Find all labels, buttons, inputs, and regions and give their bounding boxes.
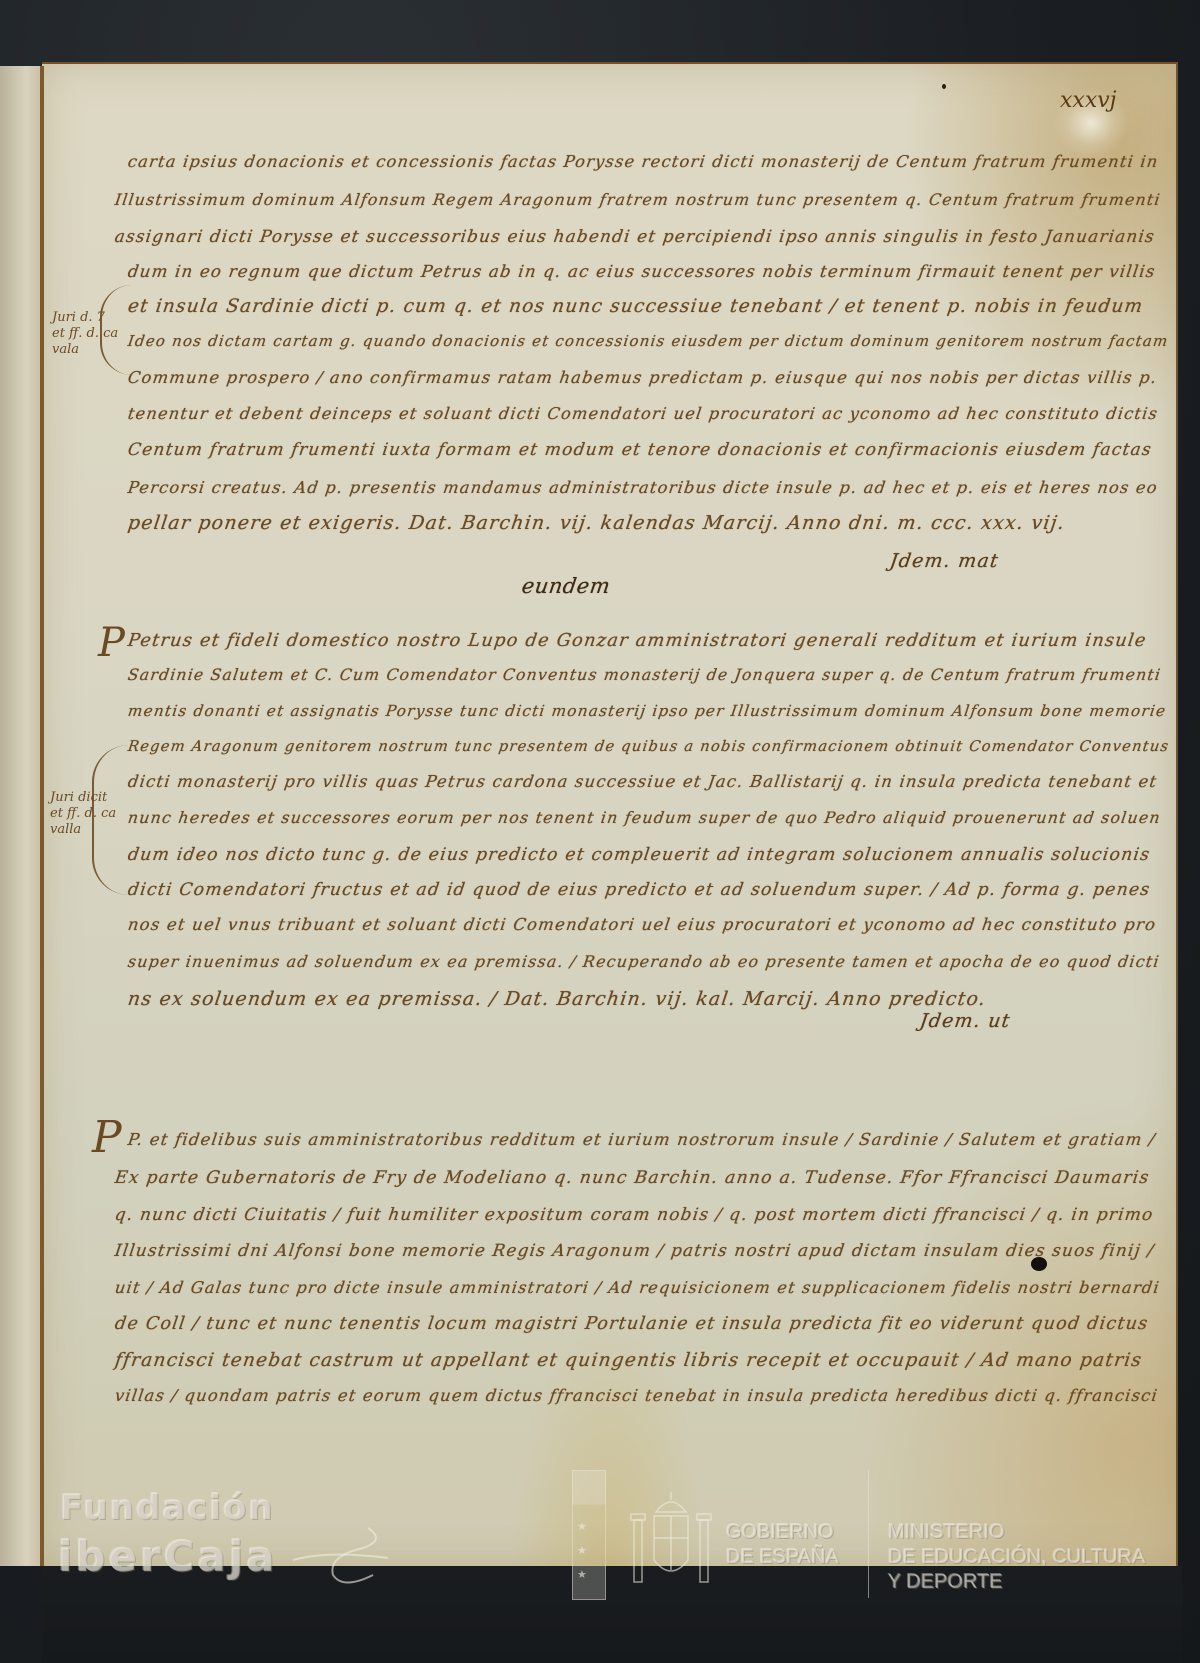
watermark-gobierno: GOBIERNO DE ESPAÑA	[726, 1520, 839, 1570]
star-icon: ★	[577, 1520, 587, 1533]
text-line: Petrus et fideli domestico nostro Lupo d…	[127, 630, 1149, 651]
folio-number: xxxvj	[1060, 88, 1116, 113]
text-line: Illustrissimum dominum Alfonsum Regem Ar…	[114, 190, 1162, 209]
star-icon: ★	[577, 1544, 587, 1557]
ink-dot	[942, 84, 946, 89]
text-line: q. nunc dicti Ciuitatis / fuit humiliter…	[114, 1204, 1155, 1224]
text-line: uit / Ad Galas tunc pro dicte insule amm…	[114, 1278, 1162, 1297]
text-line: nos et uel vnus tribuant et soluant dict…	[127, 915, 1158, 934]
text-line: villas / quondam patris et eorum quem di…	[114, 1386, 1160, 1405]
text-line: Percorsi creatus. Ad p. presentis mandam…	[127, 478, 1160, 497]
text-line: dicti Comendatori fructus et ad id quod …	[127, 880, 1152, 900]
watermark-fundacion-text: Fundación	[60, 1488, 275, 1528]
text-line: et insula Sardinie dicti p. cum q. et no…	[127, 296, 1145, 317]
coat-of-arms-icon	[626, 1490, 716, 1590]
text-line: Ideo nos dictam cartam g. quando donacio…	[127, 332, 1170, 350]
text-line: carta ipsius donacionis et concessionis …	[127, 152, 1160, 171]
ibercaja-logo-icon	[288, 1520, 398, 1590]
text-line: P. et fidelibus suis amministratoribus r…	[127, 1130, 1157, 1149]
decorated-initial: P	[98, 620, 125, 666]
text-line: dum in eo regnum que dictum Petrus ab in…	[127, 262, 1157, 281]
binding-gutter	[40, 66, 44, 1566]
text-line: pellar ponere et exigeris. Dat. Barchin.…	[126, 512, 1066, 534]
star-icon: ★	[577, 1568, 587, 1581]
scribe-signature: Jdem. mat	[888, 550, 1000, 572]
text-line: Sardinie Salutem et C. Cum Comendator Co…	[127, 665, 1163, 684]
text-line: nunc heredes et successores eorum per no…	[127, 808, 1163, 827]
text-line: Ex parte Gubernatoris de Fry de Modelian…	[114, 1168, 1151, 1188]
section-heading: eundem	[520, 574, 612, 598]
text-line: Centum fratrum frumenti iuxta formam et …	[127, 440, 1154, 460]
text-line: Illustrissimi dni Alfonsi bone memorie R…	[114, 1240, 1156, 1260]
text-line: Regem Aragonum genitorem nostrum tunc pr…	[127, 738, 1171, 755]
watermark-ministerio: MINISTERIO DE EDUCACIÓN, CULTURA Y DEPOR…	[888, 1520, 1145, 1595]
text-line: mentis donanti et assignatis Porysse tun…	[127, 702, 1168, 720]
text-line: ffrancisci tenebat castrum ut appellant …	[114, 1350, 1144, 1371]
margin-note: Juri dicit et ff. d. ca valla	[50, 790, 116, 838]
text-line: super inuenimus ad soluendum ex ea premi…	[127, 952, 1162, 971]
margin-note: Juri d. 7 et ff. d. ca vala	[52, 310, 118, 358]
scribe-signature: Jdem. ut	[918, 1010, 1012, 1032]
text-line: assignari dicti Porysse et successoribus…	[114, 226, 1157, 246]
text-line: de Coll / tunc et nunc tenentis locum ma…	[114, 1314, 1150, 1334]
text-line: tenentur et debent deinceps et soluant d…	[127, 404, 1160, 423]
text-line: dum ideo nos dicto tunc g. de eius predi…	[127, 845, 1152, 865]
text-line: ns ex soluendum ex ea premissa. / Dat. B…	[126, 988, 987, 1010]
watermark-divider	[868, 1470, 869, 1598]
decorated-initial: P	[92, 1112, 122, 1163]
text-line: dicti monasterij pro villis quas Petrus …	[127, 772, 1159, 791]
text-line: Commune prospero / ano confirmamus ratam…	[127, 368, 1159, 387]
watermark-ibercaja-text: iberCaja	[58, 1532, 278, 1581]
